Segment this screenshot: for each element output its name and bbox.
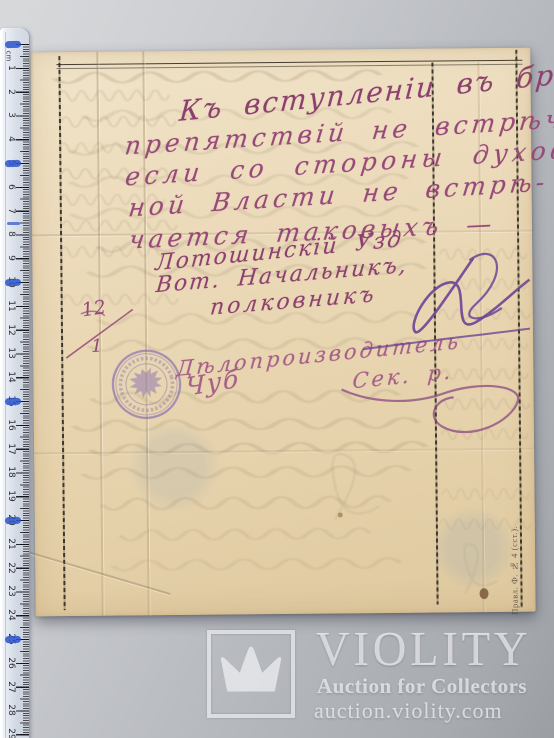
crown-icon	[211, 634, 291, 714]
ruler-number: 2	[4, 85, 18, 99]
ruler-number: 8	[4, 227, 18, 241]
ruler-unit-label: cm	[4, 51, 12, 62]
ruler-highlight-dot	[5, 635, 21, 643]
paper-spot-small	[338, 512, 343, 517]
document-paper: Къ вступленіи въ бракъпрепятствій не вст…	[30, 48, 535, 617]
ruler-number: 17	[4, 442, 18, 456]
fraction-slash	[63, 299, 138, 364]
measuring-ruler: cm 1234567891011121314151617181920212223…	[0, 28, 30, 738]
ruler-number: 6	[4, 180, 18, 194]
ruler-highlight-dot	[5, 397, 21, 405]
printers-imprint: Правл. Ф. № 4 (сст.).	[508, 440, 522, 615]
ruler-highlight-dot	[5, 516, 21, 524]
ruler-number: 27	[4, 680, 18, 694]
ruler-number: 23	[4, 584, 18, 598]
ruler-number: 28	[4, 703, 18, 717]
ruler-number: 3	[4, 108, 18, 122]
ruler-number: 19	[4, 489, 18, 503]
watermark-brand: VIOLITY	[316, 620, 531, 677]
ruler-highlight-dot	[5, 40, 21, 48]
ruler-number: 22	[4, 561, 18, 575]
ruler-number: 24	[4, 608, 18, 622]
ruler-number: 26	[4, 656, 18, 670]
ruler-number: 13	[4, 346, 18, 360]
ruler-number: 1	[4, 61, 18, 75]
watermark-url: auction.violity.com	[314, 698, 503, 724]
ruler-number: 12	[4, 323, 18, 337]
ruler-highlight-dot	[5, 159, 21, 167]
crown-logo-box	[207, 630, 295, 718]
ruler-number: 4	[4, 132, 18, 146]
watermark-tagline: Auction for Collectors	[317, 674, 527, 699]
ruler-number: 16	[4, 418, 18, 432]
commander-signature-flourish	[357, 244, 543, 368]
clerk-signature-flourish	[331, 366, 532, 458]
ruler-number: 9	[4, 251, 18, 265]
ruler-number: 21	[4, 537, 18, 551]
ruler-number: 29	[4, 727, 18, 738]
photo-scene: cm 1234567891011121314151617181920212223…	[0, 0, 554, 738]
paper-spot	[479, 588, 488, 599]
ruler-highlight-dot	[5, 278, 21, 286]
ruler-number: 11	[4, 299, 18, 313]
ruler-number: 7	[4, 204, 18, 218]
ruler-ink-smudge	[7, 222, 20, 225]
ruler-number: 14	[4, 370, 18, 384]
ruler-number: 18	[4, 465, 18, 479]
